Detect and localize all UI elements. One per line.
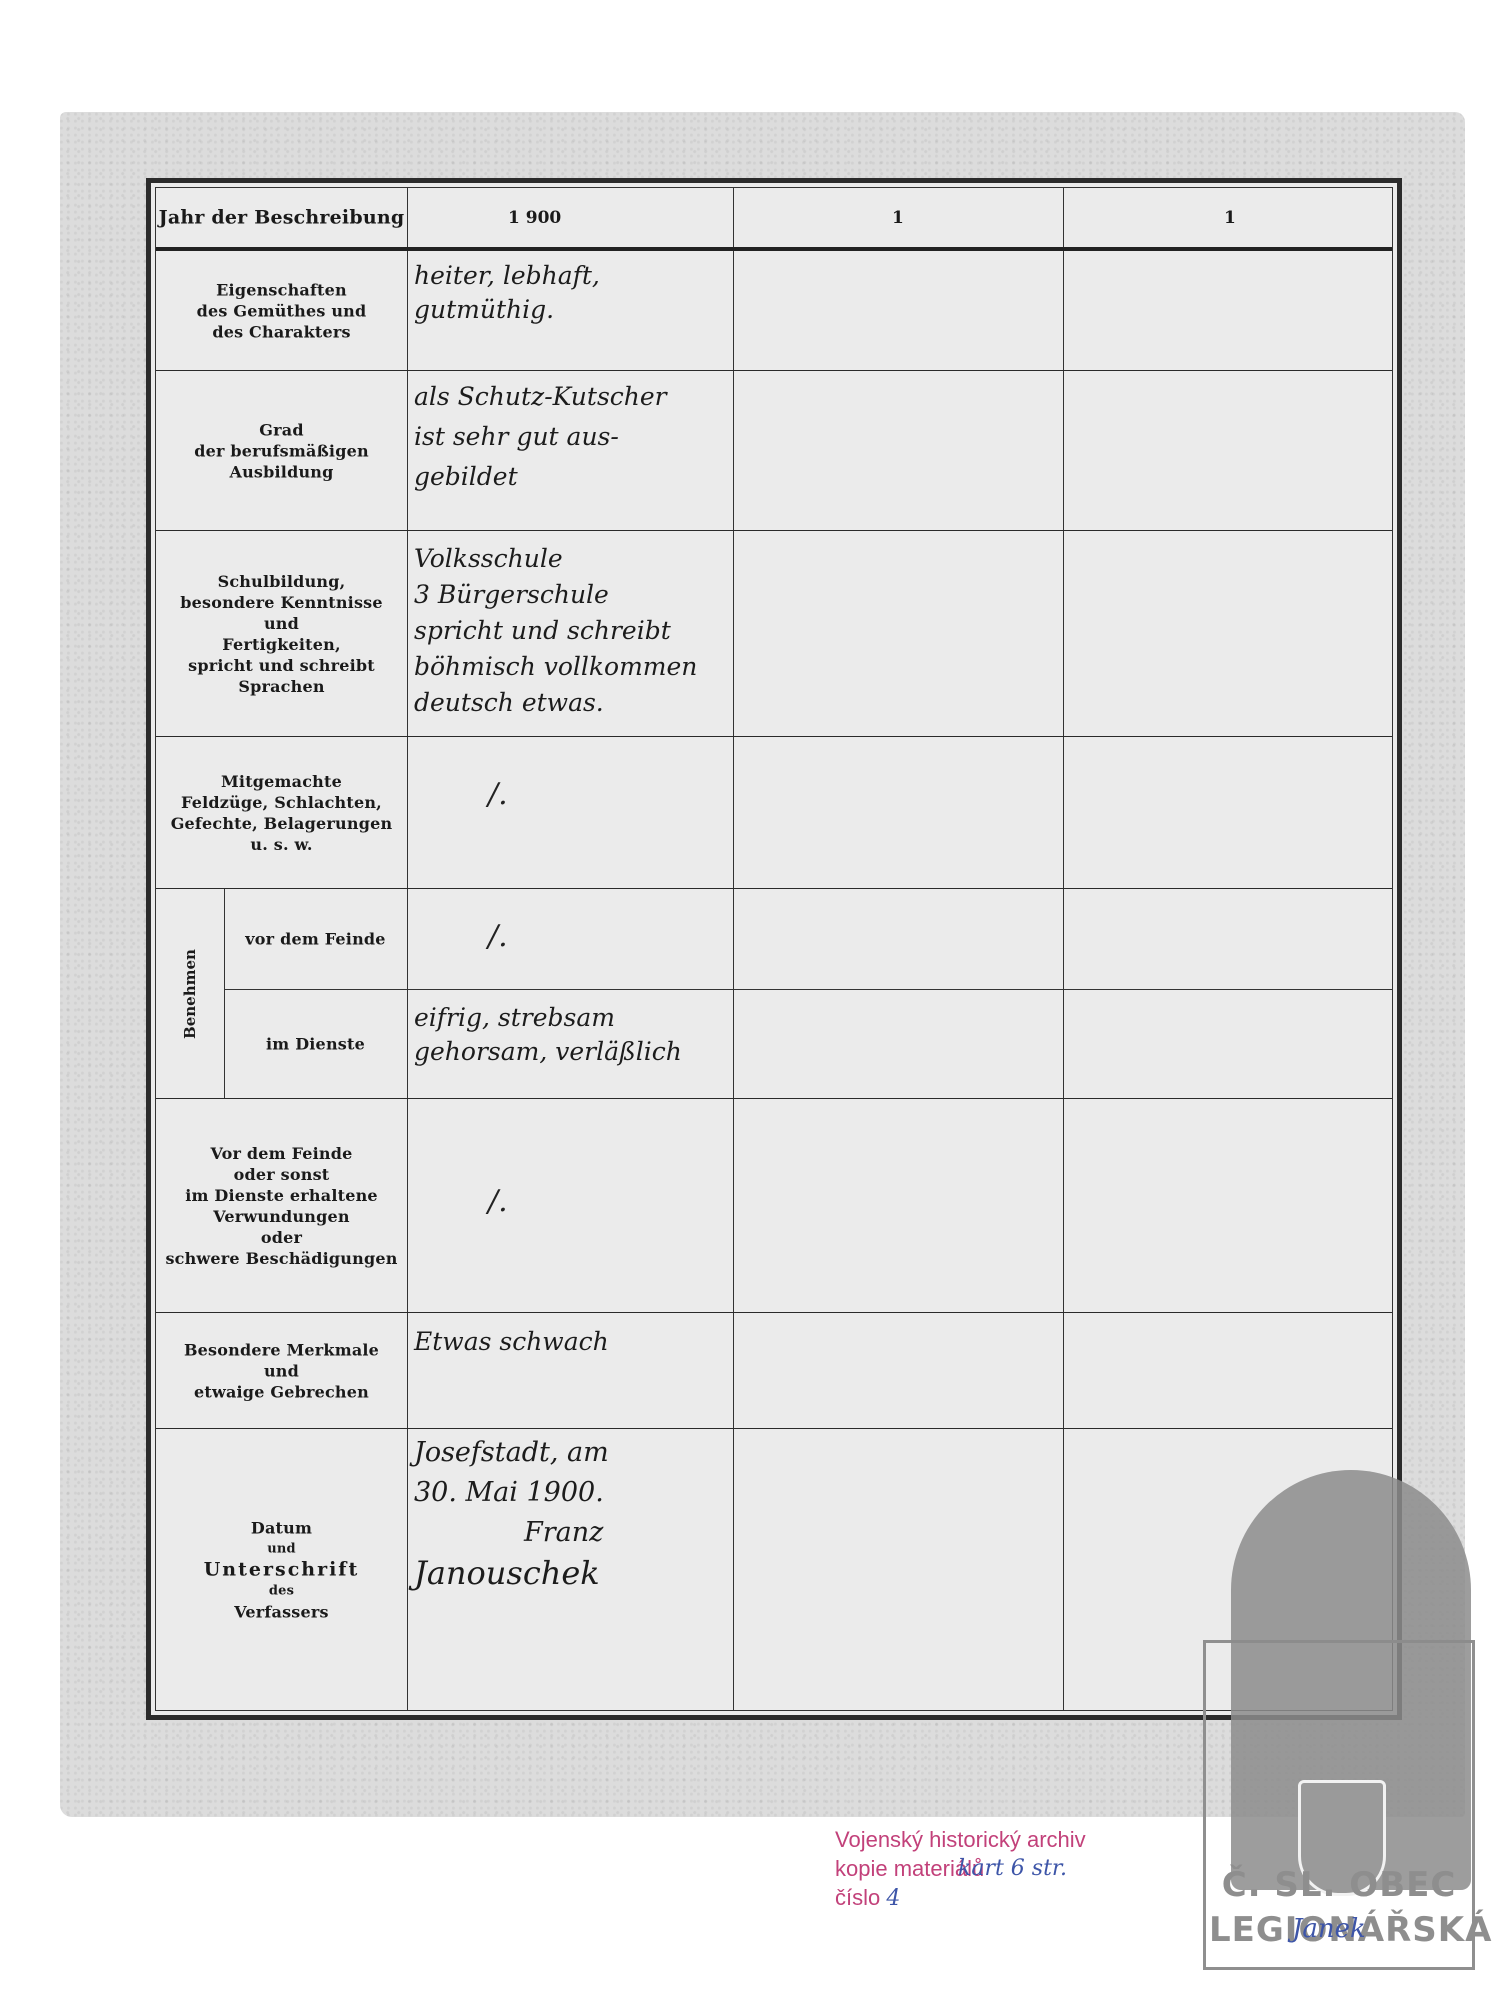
row-label: Grad der berufsmäßigen Ausbildung: [156, 419, 407, 482]
row-features: Besondere Merkmale und etwaige Gebrechen…: [156, 1313, 1392, 1429]
row-schooling: Schulbildung, besondere Kenntnisse und F…: [156, 531, 1392, 737]
handwritten-entry: Etwas schwach: [414, 1325, 773, 1359]
row-training: Grad der berufsmäßigen Ausbildung als Sc…: [156, 371, 1392, 531]
year-column-1: 1 900: [508, 208, 561, 228]
subrow-label: im Dienste: [224, 1033, 407, 1054]
header-row: Jahr der Beschreibung 1 900 1 1: [156, 188, 1392, 251]
handwritten-entry: eifrig, strebsam gehorsam, verläßlich: [414, 1001, 773, 1069]
row-character: Eigenschaften des Gemüthes und des Chara…: [156, 251, 1392, 371]
row-label: Mitgemachte Feldzüge, Schlachten, Gefech…: [156, 771, 407, 855]
copy-number: 4: [886, 1886, 900, 1911]
logo-text-line1: Č. SL. OBEC: [1209, 1865, 1469, 1905]
row-label: Vor dem Feinde oder sonst im Dienste erh…: [156, 1143, 407, 1269]
year-column-3: 1: [1224, 208, 1236, 228]
handwritten-note: kart 6 str.: [958, 1856, 1067, 1881]
handwritten-entry: /.: [488, 777, 508, 812]
row-label: Datum und Unterschrift des Verfassers: [156, 1517, 407, 1622]
subrow-label: vor dem Feinde: [224, 929, 407, 950]
signature-entry: Josefstadt, am 30. Mai 1900. Franz Janou…: [414, 1433, 773, 1593]
conduct-group-label: Benehmen: [156, 889, 225, 1098]
handwritten-entry: heiter, lebhaft, gutmüthig.: [414, 259, 773, 327]
row-label: Schulbildung, besondere Kenntnisse und F…: [156, 571, 407, 697]
row-campaigns: Mitgemachte Feldzüge, Schlachten, Gefech…: [156, 737, 1392, 889]
row-conduct: Benehmen vor dem Feinde im Dienste /. ei…: [156, 889, 1392, 1099]
legion-logo-watermark: Č. SL. OBEC LEGIONÁŘSKÁ: [1203, 1470, 1475, 1970]
handwritten-initials: Janek: [1292, 1914, 1366, 1944]
row-label: Besondere Merkmale und etwaige Gebrechen: [156, 1339, 407, 1402]
row-wounds: Vor dem Feinde oder sonst im Dienste erh…: [156, 1099, 1392, 1313]
handwritten-entry: /.: [488, 1184, 508, 1219]
handwritten-entry: Volksschule 3 Bürgerschule spricht und s…: [414, 541, 773, 721]
year-column-2: 1: [892, 208, 904, 228]
header-label: Jahr der Beschreibung: [156, 207, 407, 228]
row-label: Eigenschaften des Gemüthes und des Chara…: [156, 279, 407, 342]
handwritten-entry: /.: [488, 919, 508, 954]
handwritten-entry: als Schutz-Kutscher ist sehr gut aus- ge…: [414, 377, 773, 497]
